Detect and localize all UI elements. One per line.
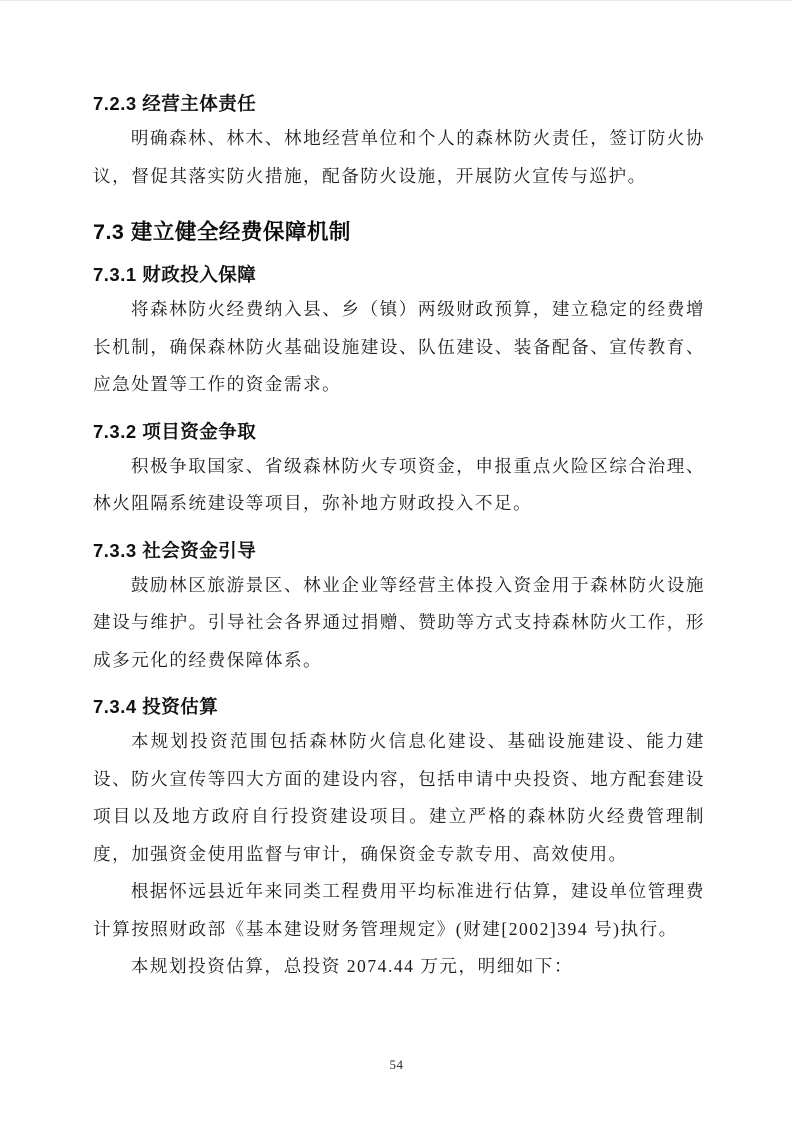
heading-7-3-2-project-funding: 7.3.2 项目资金争取 bbox=[93, 419, 705, 445]
paragraph-7-3-4-scope: 本规划投资范围包括森林防火信息化建设、基础设施建设、能力建设、防火宣传等四大方面… bbox=[93, 723, 705, 873]
heading-7-3-1-fiscal-input-guarantee: 7.3.1 财政投入保障 bbox=[93, 262, 705, 288]
document-content: 7.2.3 经营主体责任 明确森林、林木、林地经营单位和个人的森林防火责任，签订… bbox=[93, 1, 705, 986]
document-page: 7.2.3 经营主体责任 明确森林、林木、林地经营单位和个人的森林防火责任，签订… bbox=[0, 0, 793, 1123]
page-number: 54 bbox=[0, 1057, 793, 1073]
paragraph-7-3-4-total-investment: 本规划投资估算，总投资 2074.44 万元，明细如下： bbox=[93, 948, 705, 986]
paragraph-7-3-1: 将森林防火经费纳入县、乡（镇）两级财政预算，建立稳定的经费增长机制，确保森林防火… bbox=[93, 291, 705, 404]
paragraph-7-3-3: 鼓励林区旅游景区、林业企业等经营主体投入资金用于森林防火设施建设与维护。引导社会… bbox=[93, 567, 705, 680]
heading-7-3-4-investment-estimate: 7.3.4 投资估算 bbox=[93, 694, 705, 720]
heading-7-3-funding-guarantee-mechanism: 7.3 建立健全经费保障机制 bbox=[93, 217, 705, 247]
paragraph-7-2-3: 明确森林、林木、林地经营单位和个人的森林防火责任，签订防火协议，督促其落实防火措… bbox=[93, 120, 705, 195]
heading-7-2-3-operator-responsibility: 7.2.3 经营主体责任 bbox=[93, 91, 705, 117]
heading-7-3-3-social-funding-guidance: 7.3.3 社会资金引导 bbox=[93, 538, 705, 564]
paragraph-7-3-4-standard: 根据怀远县近年来同类工程费用平均标准进行估算，建设单位管理费计算按照财政部《基本… bbox=[93, 873, 705, 948]
paragraph-7-3-2: 积极争取国家、省级森林防火专项资金，申报重点火险区综合治理、林火阻隔系统建设等项… bbox=[93, 448, 705, 523]
